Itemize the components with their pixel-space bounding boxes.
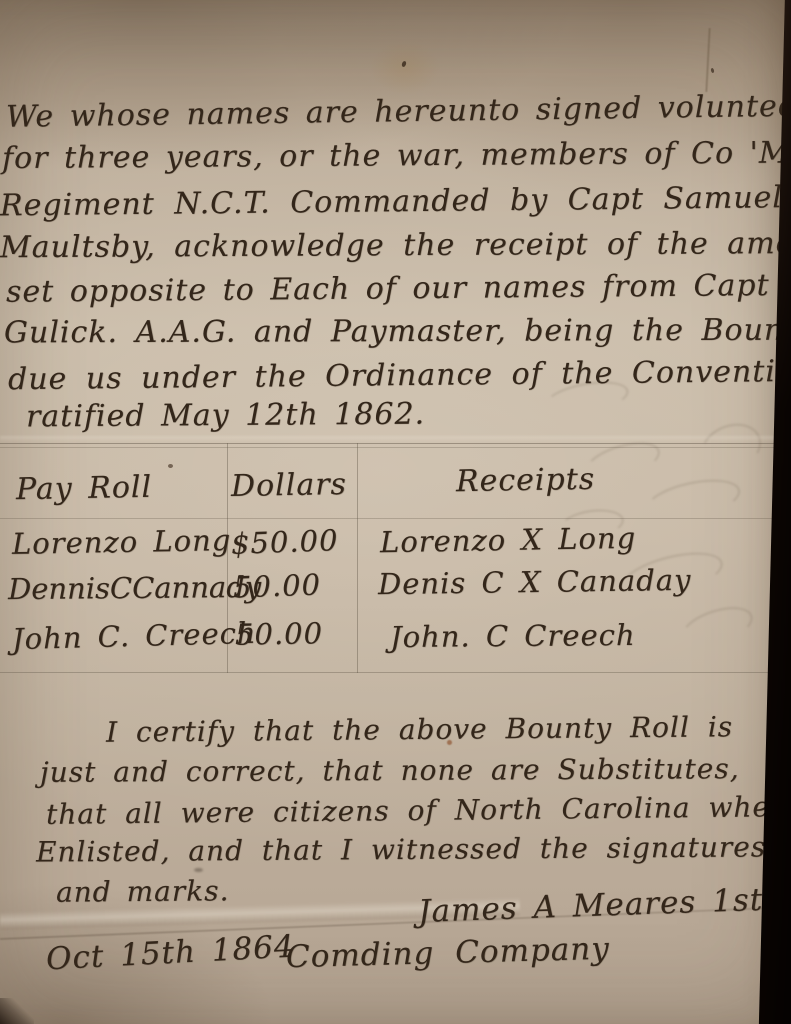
certification-line: that all were citizens of North Carolina… [46, 793, 789, 829]
bleed-through-mark [694, 415, 769, 481]
bounty-amount: $50.00 [231, 526, 339, 559]
table-rule-top-double [0, 447, 791, 448]
document-photo: We whose names are hereunto signed volun… [0, 0, 791, 1024]
receipt-signature: Denis C X Canaday [378, 566, 692, 599]
table-rule-header [0, 518, 791, 519]
ink-speck [168, 464, 173, 468]
paper-stain [370, 40, 440, 95]
officer-title: Comding Company [286, 934, 610, 973]
fold-crease [0, 436, 791, 442]
column-header-pay-roll: Pay Roll [16, 473, 153, 505]
statement-line: ratified May 12th 1862. [26, 400, 425, 433]
statement-line: Maultsby, acknowledge the receipt of the… [0, 229, 791, 263]
document-date: Oct 15th 1864 [45, 932, 295, 976]
bleed-through-mark [642, 472, 743, 527]
smudge [194, 868, 203, 872]
statement-line: Gulick. A.A.G. and Paymaster, being the … [4, 316, 791, 349]
bounty-amount: 50.00 [235, 619, 324, 650]
bounty-amount: 50.00 [233, 570, 322, 602]
certification-line: just and correct, that none are Substitu… [40, 755, 740, 787]
column-header-receipts: Receipts [456, 465, 596, 497]
statement-line: set opposite to Each of our names from C… [6, 270, 791, 307]
corner-shadow [0, 998, 34, 1024]
receipt-signature: John. C Creech [390, 621, 636, 652]
column-header-dollars: Dollars [231, 470, 347, 502]
certification-line: I certify that the above Bounty Roll is [106, 713, 733, 746]
statement-line: Regiment N.C.T. Commanded by Capt Samuel… [0, 183, 791, 222]
statement-line: due us under the Ordinance of the Conven… [8, 357, 791, 395]
bleed-through-mark [677, 599, 758, 654]
statement-line: for three years, or the war, members of … [2, 138, 791, 174]
receipt-signature: Lorenzo X Long [380, 524, 637, 557]
table-rule-bottom [0, 672, 791, 673]
statement-line: We whose names are hereunto signed volun… [6, 91, 791, 132]
officer-signature: James A Meares 1st Lt [418, 883, 791, 928]
certification-line: and marks. [56, 877, 230, 907]
soldier-name: Lorenzo Long [12, 526, 232, 559]
table-rule-top [0, 443, 791, 444]
table-rule-vertical [357, 443, 358, 673]
soldier-name: John C. Creech [12, 619, 257, 654]
ink-speck [710, 68, 714, 74]
certification-line: Enlisted, and that I witnessed the signa… [36, 833, 766, 866]
soldier-name: DennisCCannady [8, 573, 261, 604]
paper-scratch [705, 28, 710, 92]
